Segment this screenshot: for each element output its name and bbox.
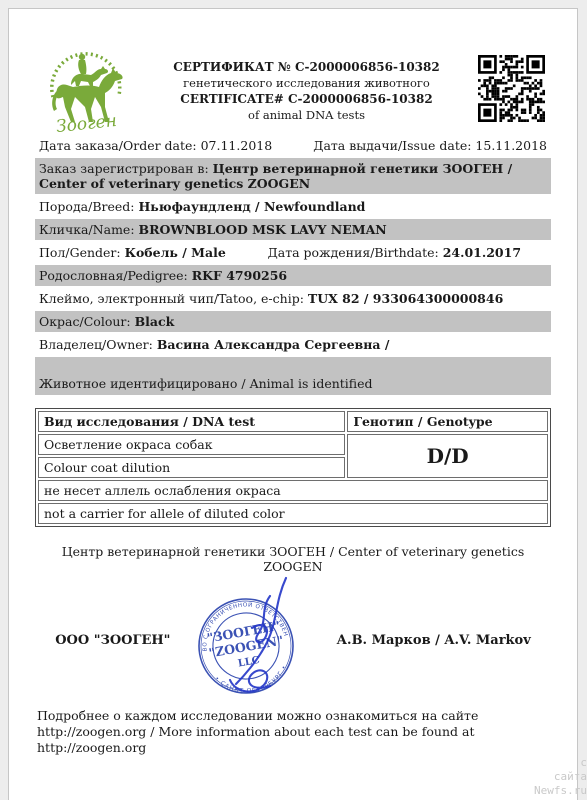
identified-row: Животное идентифицировано / Animal is id… [35, 357, 551, 395]
breed-label: Порода/Breed: [39, 199, 138, 214]
footer-note: Подробнее о каждом исследовании можно оз… [35, 708, 551, 756]
result-en: not a carrier for allele of diluted colo… [38, 503, 548, 524]
name-value: BROWNBLOOD MSK LAVY NEMAN [139, 222, 387, 237]
stamp-ring-bottom-text: • САНКТ-ПЕТЕРБУРГ • [213, 663, 293, 701]
svg-text:• САНКТ-ПЕТЕРБУРГ •: • САНКТ-ПЕТЕРБУРГ • [213, 663, 293, 701]
colour-label: Окрас/Colour: [39, 314, 135, 329]
dates-row: Дата заказа/Order date: 07.11.2018 Дата … [35, 135, 551, 156]
lab-name-line: Центр ветеринарной генетики ЗООГЕН / Cen… [35, 544, 551, 574]
test-en: Colour coat dilution [38, 457, 345, 478]
tatoo-value: TUX 82 / 933064300000846 [308, 291, 503, 306]
gender-birthdate-row: Пол/Gender: Кобель / Male Дата рождения/… [35, 242, 551, 263]
breed-value: Ньюфаундленд / Newfoundland [138, 199, 365, 214]
pedigree-row: Родословная/Pedigree: RKF 4790256 [35, 265, 551, 286]
issue-date: Дата выдачи/Issue date: 15.11.2018 [313, 138, 547, 153]
cert-title-ru: СЕРТИФИКАТ № С-2000006856-10382 [135, 59, 478, 75]
header-test: Вид исследования / DNA test [38, 411, 345, 432]
site-watermark: с сайта Newfs.ru [534, 756, 587, 798]
result-ru: не несет аллель ослабления окраса [38, 480, 548, 501]
order-date: Дата заказа/Order date: 07.11.2018 [39, 138, 272, 153]
pedigree-value: RKF 4790256 [192, 268, 287, 283]
registered-row: Заказ зарегистрирован в: Центр ветеринар… [35, 158, 551, 194]
tatoo-label: Клеймо, электронный чип/Tatoo, e-chip: [39, 291, 308, 306]
header: Зооген СЕРТИФИКАТ № С-2000006856-10382 г… [35, 45, 551, 133]
birthdate-label: Дата рождения/Birthdate: [268, 245, 443, 260]
identified-text: Животное идентифицировано / Animal is id… [39, 376, 373, 391]
name-row: Кличка/Name: BROWNBLOOD MSK LAVY NEMAN [35, 219, 551, 240]
info-rows: Дата заказа/Order date: 07.11.2018 Дата … [35, 135, 551, 395]
owner-label: Владелец/Owner: [39, 337, 157, 352]
table-header-row: Вид исследования / DNA test Генотип / Ge… [38, 411, 548, 432]
pedigree-label: Родословная/Pedigree: [39, 268, 192, 283]
table-row: not a carrier for allele of diluted colo… [38, 503, 548, 524]
colour-row: Окрас/Colour: Black [35, 311, 551, 332]
birthdate-value: 24.01.2017 [443, 245, 521, 260]
gender-label: Пол/Gender: [39, 245, 125, 260]
certificate-page: Зооген СЕРТИФИКАТ № С-2000006856-10382 г… [8, 8, 578, 800]
name-label: Кличка/Name: [39, 222, 139, 237]
watermark-line: с [534, 756, 587, 770]
registered-label: Заказ зарегистрирован в: [39, 161, 213, 176]
tatoo-row: Клеймо, электронный чип/Tatoo, e-chip: T… [35, 288, 551, 309]
stamp-and-signature: ОБЩЕСТВО С ОГРАНИЧЕННОЙ ОТВЕТСТВЕННОСТЬЮ… [174, 576, 334, 704]
table-row: Осветление окраса собак D/D [38, 434, 548, 455]
owner-row: Владелец/Owner: Васина Александра Сергее… [35, 334, 551, 355]
gender-value: Кобель / Male [125, 245, 226, 260]
watermark-line: сайта [534, 770, 587, 784]
birthdate-cell: Дата рождения/Birthdate: 24.01.2017 [268, 245, 521, 260]
cert-sub-en: of animal DNA tests [135, 107, 478, 123]
watermark-line: Newfs.ru [534, 784, 587, 798]
test-ru: Осветление окраса собак [38, 434, 345, 455]
org-name: ООО "ЗООГЕН" [55, 633, 170, 648]
colour-value: Black [135, 314, 175, 329]
genotype-value: D/D [347, 434, 548, 478]
zoogen-logo: Зооген [35, 45, 135, 133]
stamp-signature-row: ООО "ЗООГЕН" ОБЩЕСТВО С ОГРАНИЧЕННОЙ ОТВ… [35, 576, 551, 704]
signer-name: А.В. Марков / A.V. Markov [336, 633, 530, 648]
certificate-number-block: СЕРТИФИКАТ № С-2000006856-10382 генетиче… [135, 45, 478, 123]
owner-value: Васина Александра Сергеевна / [157, 337, 390, 352]
qr-code [478, 55, 545, 122]
cert-sub-ru: генетического исследования животного [135, 75, 478, 91]
logo-text: Зооген [55, 111, 118, 133]
horse-logo-icon: Зооген [35, 45, 135, 133]
round-stamp-icon: ОБЩЕСТВО С ОГРАНИЧЕННОЙ ОТВЕТСТВЕННОСТЬЮ… [174, 576, 334, 704]
dna-test-table: Вид исследования / DNA test Генотип / Ge… [35, 408, 551, 527]
cert-title-en: CERTIFICATE# C-2000006856-10382 [135, 91, 478, 107]
breed-row: Порода/Breed: Ньюфаундленд / Newfoundlan… [35, 196, 551, 217]
header-genotype: Генотип / Genotype [347, 411, 548, 432]
table-row: не несет аллель ослабления окраса [38, 480, 548, 501]
gender-cell: Пол/Gender: Кобель / Male [39, 245, 268, 260]
